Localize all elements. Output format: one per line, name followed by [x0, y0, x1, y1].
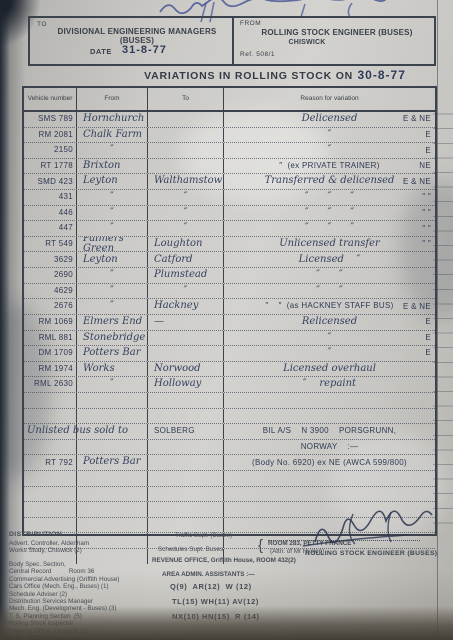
table-row: 3629LeytonCatfordLicensed ″	[24, 252, 435, 268]
cell-to	[148, 440, 224, 455]
signature-scrawl	[295, 506, 435, 550]
cell-vehicle-number	[24, 409, 77, 424]
cell-reason: ″ ″	[224, 268, 435, 283]
cell-vehicle-number: 2150	[24, 143, 77, 158]
cell-reason	[224, 487, 435, 502]
cell-from: Stonebridge	[77, 331, 148, 346]
table-row: DM 1709Potters Bar″E	[24, 346, 435, 362]
cell-to: Walthamstow	[148, 174, 224, 189]
cell-reason: Licensed overhaul	[224, 362, 435, 377]
date-label: DATE	[90, 47, 112, 56]
cell-vehicle-number	[24, 393, 77, 408]
cell-from	[77, 393, 148, 408]
cell-to	[148, 455, 224, 470]
document-title: VARIATIONS IN ROLLING STOCK ON 30-8-77	[110, 66, 440, 84]
cell-reason: ″ (ex PRIVATE TRAINER)NE	[224, 159, 435, 174]
cell-vehicle-number: RT 549	[24, 237, 77, 252]
cell-vehicle-number	[24, 440, 77, 455]
distribution-item: Works Study, Chiswick (2)	[9, 547, 159, 554]
cell-from: Palmers Green	[77, 237, 148, 252]
cell-to	[148, 487, 224, 502]
table-row: 2690″Plumstead″ ″	[24, 268, 435, 284]
cell-to	[148, 409, 224, 424]
cell-vehicle-number: SMS 789	[24, 112, 77, 127]
cell-vehicle-number: 447	[24, 221, 77, 236]
cell-vehicle-number	[24, 471, 77, 486]
cell-reason: ″ ″ ″″ ″	[224, 190, 435, 205]
table-row: RM 2081Chalk Farm″E	[24, 128, 435, 144]
date-value-handwritten: 31-8-77	[122, 44, 167, 56]
cell-reason: ″E	[224, 143, 435, 158]
cell-from: ″	[77, 268, 148, 283]
table-row: RM 1974WorksNorwoodLicensed overhaul	[24, 362, 435, 378]
table-row: RM 1069Elmers End—RelicensedE	[24, 315, 435, 331]
cell-to: SOLBERG	[148, 424, 224, 439]
cell-to	[148, 128, 224, 143]
revenue-office-line: REVENUE OFFICE, Griffith House, ROOM 432…	[152, 557, 296, 564]
cell-vehicle-number: RT 792	[24, 455, 77, 470]
cell-vehicle-number: 446	[24, 206, 77, 221]
cell-reason: Licensed ″	[224, 252, 435, 267]
table-row: 447″″″ ″ ″″ ″	[24, 221, 435, 237]
variations-table: Vehicle number From To Reason for variat…	[22, 86, 437, 536]
cell-vehicle-number: DM 1709	[24, 346, 77, 361]
cell-from: ″	[77, 206, 148, 221]
cell-vehicle-number: SMD 423	[24, 174, 77, 189]
table-row: Unlisted bus sold toSOLBERGBIL A/S N 390…	[24, 424, 435, 440]
from-label: FROM	[240, 20, 261, 27]
table-row: SMS 789HornchurchDelicensedE & NE	[24, 112, 435, 128]
form-header-box: TO DIVISIONAL ENGINEERING MANAGERS (BUSE…	[28, 16, 436, 66]
column-header-vehicle: Vehicle number	[24, 88, 77, 110]
cell-from: Leyton	[77, 174, 148, 189]
cell-reason: ″ ″	[224, 284, 435, 299]
cell-from: ″	[77, 284, 148, 299]
table-row: RT 792Potters Bar(Body No. 6920) ex NE (…	[24, 455, 435, 471]
cell-reason	[224, 393, 435, 408]
cell-reason	[224, 409, 435, 424]
cell-from	[77, 502, 148, 517]
cell-to: Hackney	[148, 299, 224, 314]
cell-from: ″	[77, 221, 148, 236]
cell-from: Potters Bar	[77, 346, 148, 361]
cell-to: —	[148, 315, 224, 330]
cell-from: ″	[77, 299, 148, 314]
cell-vehicle-number: 2676	[24, 299, 77, 314]
traffic-supt-line: Traffic Supt. (Buses)	[175, 532, 232, 539]
cell-from	[77, 471, 148, 486]
cell-from: ″	[77, 143, 148, 158]
cell-vehicle-number: Unlisted bus sold to	[24, 424, 77, 439]
cell-vehicle-number	[24, 502, 77, 517]
paper-edge-line	[437, 0, 438, 640]
cell-reason: (Body No. 6920) ex NE (AWCA 599/800)	[224, 455, 435, 470]
cell-to: Plumstead	[148, 268, 224, 283]
cell-to	[148, 346, 224, 361]
cell-vehicle-number: RML 2630	[24, 377, 77, 392]
table-row: SMD 423LeytonWalthamstowTransferred & de…	[24, 174, 435, 190]
table-row	[24, 393, 435, 409]
table-row	[24, 471, 435, 487]
cell-vehicle-number: 2690	[24, 268, 77, 283]
cell-from	[77, 440, 148, 455]
cell-reason: RelicensedE	[224, 315, 435, 330]
cell-reason: Transferred & delicensedE & NE	[224, 174, 435, 189]
cell-from: Hornchurch	[77, 112, 148, 127]
table-row: 2676″Hackney″ ″ (as HACKNEY STAFF BUS)E …	[24, 299, 435, 315]
cell-to	[148, 112, 224, 127]
table-row: RT 549Palmers GreenLoughtonUnlicensed tr…	[24, 237, 435, 253]
bottom-shadow	[0, 606, 453, 640]
cell-vehicle-number: 4629	[24, 284, 77, 299]
cell-to: ″	[148, 221, 224, 236]
table-row	[24, 487, 435, 503]
cell-to	[148, 143, 224, 158]
cell-to: Loughton	[148, 237, 224, 252]
cell-reason: ″E	[224, 331, 435, 346]
cell-reason: ″E	[224, 128, 435, 143]
cell-from: ″	[77, 190, 148, 205]
distribution-item: Advert. Controller, Aldenham	[9, 540, 159, 547]
cell-reason	[224, 471, 435, 486]
cell-reason: DelicensedE & NE	[224, 112, 435, 127]
from-value: ROLLING STOCK ENGINEER (BUSES)	[242, 28, 432, 37]
cell-vehicle-number: RM 1974	[24, 362, 77, 377]
cell-vehicle-number	[24, 487, 77, 502]
to-value: DIVISIONAL ENGINEERING MANAGERS (BUSES)	[46, 27, 228, 45]
cell-from	[77, 409, 148, 424]
cell-reason: BIL A/S N 3900 PORSGRUNN,	[224, 424, 435, 439]
cell-to	[148, 518, 224, 533]
cell-to	[148, 393, 224, 408]
cell-reason: ″ ″ ″″ ″	[224, 221, 435, 236]
cell-reason: ″ repaint	[224, 377, 435, 392]
cell-to	[148, 471, 224, 486]
table-row: NORWAY :—	[24, 440, 435, 456]
column-header-reason: Reason for variation	[224, 88, 435, 110]
cell-to	[148, 159, 224, 174]
cell-vehicle-number: 431	[24, 190, 77, 205]
cell-to: Catford	[148, 252, 224, 267]
cell-to: Norwood	[148, 362, 224, 377]
cell-reason: ″E	[224, 346, 435, 361]
table-row: RML 2630″Holloway″ repaint	[24, 377, 435, 393]
cell-to	[148, 502, 224, 517]
ref-number: Ref. 508/1	[240, 51, 275, 58]
cell-vehicle-number: RML 881	[24, 331, 77, 346]
title-date-handwritten: 30-8-77	[358, 68, 406, 82]
cell-vehicle-number: 3629	[24, 252, 77, 267]
cell-to: ″	[148, 190, 224, 205]
from-location: CHISWICK	[242, 39, 372, 46]
cell-from: ″	[77, 377, 148, 392]
brace-glyph: {	[258, 537, 263, 554]
table-row: RML 881Stonebridge″E	[24, 331, 435, 347]
cell-from: Potters Bar	[77, 455, 148, 470]
column-header-from: From	[77, 88, 148, 110]
cell-to: ″	[148, 284, 224, 299]
cell-to	[148, 331, 224, 346]
cell-from: Leyton	[77, 252, 148, 267]
schedules-supt-line: Schedules Supt. Buses	[158, 546, 223, 553]
cell-reason: NORWAY :—	[224, 440, 435, 455]
cell-from: Elmers End	[77, 315, 148, 330]
cell-from: Chalk Farm	[77, 128, 148, 143]
cell-reason: ″ ″ (as HACKNEY STAFF BUS)E & NE	[224, 299, 435, 314]
distribution-heading: DISTRIBUTION	[9, 531, 159, 539]
cell-vehicle-number: RT 1778	[24, 159, 77, 174]
scanned-document-page: TO DIVISIONAL ENGINEERING MANAGERS (BUSE…	[0, 0, 453, 640]
cell-from	[77, 487, 148, 502]
cell-to: ″	[148, 206, 224, 221]
column-header-to: To	[148, 88, 224, 110]
cell-vehicle-number: RM 1069	[24, 315, 77, 330]
table-row: 446″″″ ″ ″″ ″	[24, 206, 435, 222]
table-row	[24, 409, 435, 425]
cell-vehicle-number: RM 2081	[24, 128, 77, 143]
cell-from: Brixton	[77, 159, 148, 174]
signature-caption: ROLLING STOCK ENGINEER (BUSES)	[305, 550, 437, 557]
table-row: 4629″″″ ″	[24, 284, 435, 300]
cell-reason: ″ ″ ″″ ″	[224, 206, 435, 221]
cell-reason: Unlicensed transfer″ ″	[224, 237, 435, 252]
cell-to: Holloway	[148, 377, 224, 392]
title-text: VARIATIONS IN ROLLING STOCK ON	[144, 70, 353, 82]
table-row: 2150″″E	[24, 143, 435, 159]
cell-from: Works	[77, 362, 148, 377]
distribution-item: Body Spec. Section,	[9, 561, 159, 568]
table-row: 431″″″ ″ ″″ ″	[24, 190, 435, 206]
header-divider	[232, 18, 234, 64]
table-header-row: Vehicle number From To Reason for variat…	[24, 88, 435, 112]
table-row: RT 1778Brixton″ (ex PRIVATE TRAINER)NE	[24, 159, 435, 175]
